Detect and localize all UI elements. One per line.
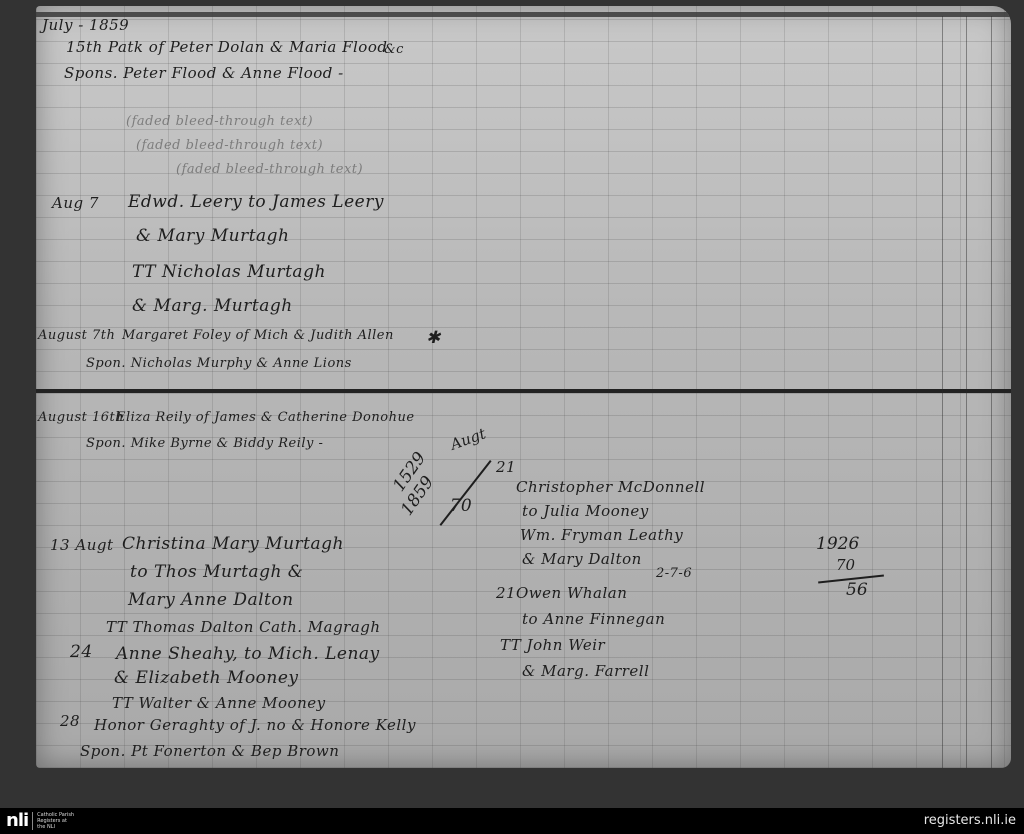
site-link[interactable]: registers.nli.ie <box>924 813 1016 828</box>
entry-date: 21 <box>496 584 516 602</box>
entry-line: TT Walter & Anne Mooney <box>112 694 326 712</box>
asterisk-mark: ✱ <box>426 328 441 348</box>
section-divider <box>36 389 1011 393</box>
page-header-date: July - 1859 <box>42 16 129 34</box>
nli-logo-text: Catholic Parish Registers at the NLI <box>37 812 74 830</box>
calc-right-top: 1926 <box>816 534 859 554</box>
entry-date: August 16th <box>38 410 124 425</box>
calc-right-result: 56 <box>846 580 868 600</box>
entry-line: & Mary Dalton <box>522 550 642 568</box>
entry-line: Christopher McDonnell <box>516 478 705 496</box>
entry-line: Margaret Foley of Mich & Judith Allen <box>122 328 394 343</box>
entry-line: to Julia Mooney <box>522 502 649 520</box>
entry-line: Wm. Fryman Leathy <box>520 526 683 544</box>
entry-note: 2-7-6 <box>656 566 692 581</box>
entry-line: 15th Patk of Peter Dolan & Maria Flood <box>66 38 387 56</box>
entry-line: Spons. Peter Flood & Anne Flood - <box>64 64 344 82</box>
entry-line: & Marg. Farrell <box>522 662 649 680</box>
logo-divider <box>32 812 33 830</box>
entry-line: & Marg. Murtagh <box>132 296 293 316</box>
entry-line: Mary Anne Dalton <box>128 590 294 610</box>
entry-line: TT Thomas Dalton Cath. Magragh <box>106 618 381 636</box>
entry-line: & Elizabeth Mooney <box>114 668 299 688</box>
entry-date: 24 <box>70 642 93 662</box>
entry-line: Owen Whalan <box>516 584 627 602</box>
calc-right-minus: 70 <box>836 556 855 574</box>
image-viewer[interactable]: July - 1859 15th Patk of Peter Dolan & M… <box>0 0 1024 808</box>
entry-line: to Thos Murtagh & <box>130 562 303 582</box>
entry-line: Spon. Mike Byrne & Biddy Reily - <box>86 436 323 451</box>
entry-date: 13 Augt <box>50 536 113 554</box>
register-page-scan: July - 1859 15th Patk of Peter Dolan & M… <box>36 6 1011 768</box>
margin-note: &c <box>384 42 404 57</box>
entry-line: Christina Mary Murtagh <box>122 534 344 554</box>
nli-logo-mark: nli <box>6 812 28 830</box>
entry-line: TT Nicholas Murtagh <box>132 262 326 282</box>
entry-date: August 7th <box>38 328 115 343</box>
entry-line: Honor Geraghty of J. no & Honore Kelly <box>94 716 416 734</box>
entry-line: Spon. Nicholas Murphy & Anne Lions <box>86 356 352 371</box>
entry-line: Edwd. Leery to James Leery <box>128 192 384 212</box>
nli-logo[interactable]: nli Catholic Parish Registers at the NLI <box>6 812 74 830</box>
entry-line: to Anne Finnegan <box>522 610 665 628</box>
entry-date: Aug 7 <box>52 194 99 212</box>
entry-date: 28 <box>60 712 80 730</box>
entry-line: TT John Weir <box>500 636 605 654</box>
footer-bar: nli Catholic Parish Registers at the NLI… <box>0 808 1024 834</box>
faded-line: (faded bleed-through text) <box>126 114 313 129</box>
faded-line: (faded bleed-through text) <box>136 138 323 153</box>
entry-date: 21 <box>496 458 516 476</box>
faded-line: (faded bleed-through text) <box>176 162 363 177</box>
entry-line: Spon. Pt Fonerton & Bep Brown <box>80 742 339 760</box>
entry-line: & Mary Murtagh <box>136 226 290 246</box>
calc-result: 70 <box>450 496 472 516</box>
entry-line: Eliza Reily of James & Catherine Donohue <box>116 410 415 425</box>
entry-line: Anne Sheahy, to Mich. Lenay <box>116 644 380 664</box>
top-rule <box>36 12 1011 17</box>
